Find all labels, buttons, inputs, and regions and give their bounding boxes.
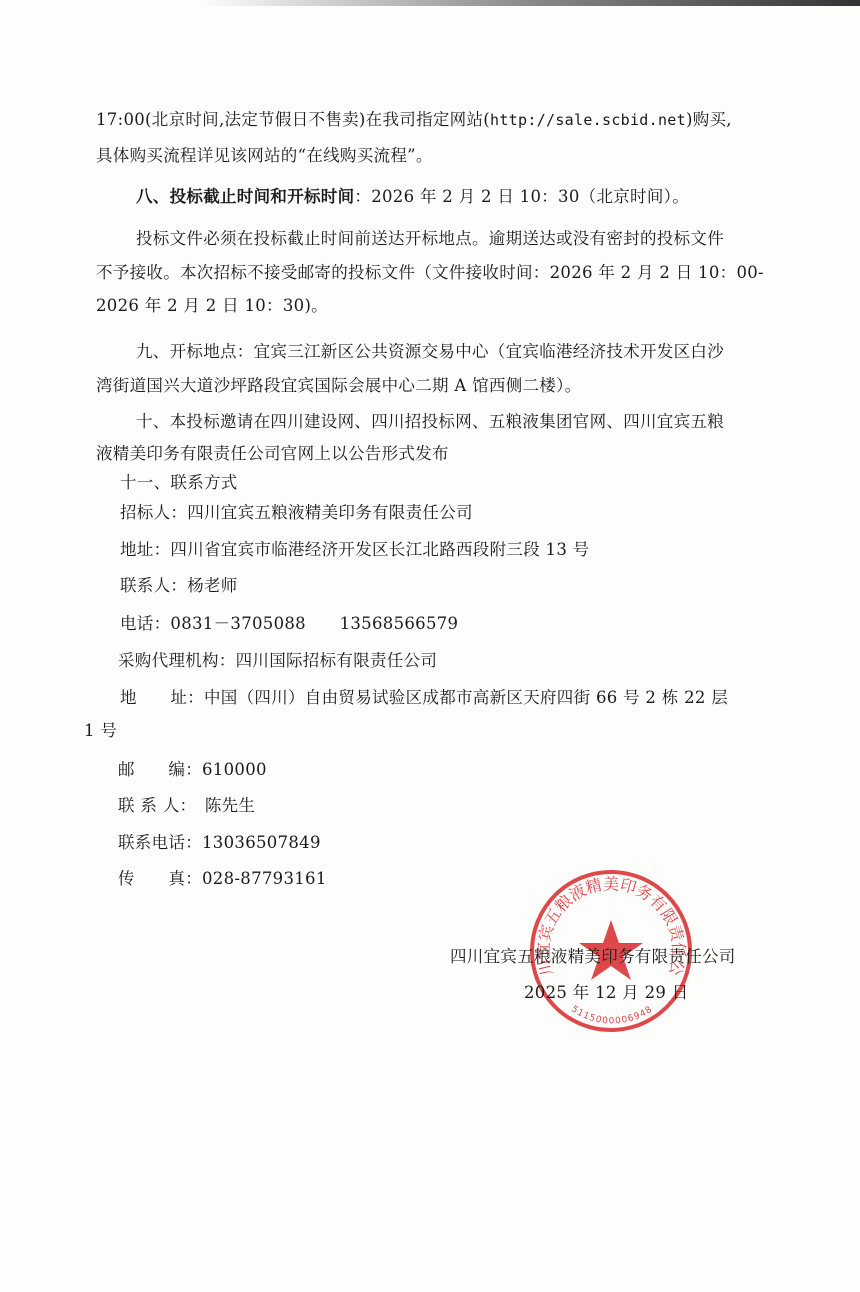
scan-edge-shadow <box>200 0 860 6</box>
purchase-line-2: 具体购买流程详见该网站的“在线购买流程”。 <box>96 142 433 166</box>
section-8: 八、投标截止时间和开标时间：2026 年 2 月 2 日 10：30（北京时间）… <box>136 183 689 207</box>
section-8-heading: 八、投标截止时间和开标时间 <box>136 187 354 206</box>
purchase-line-1: 17:00(北京时间,法定节假日不售卖)在我司指定网站(http://sale.… <box>96 106 732 130</box>
agency-contact: 联 系 人： 陈先生 <box>118 792 255 816</box>
tenderer-name: 招标人：四川宜宾五粮液精美印务有限责任公司 <box>120 499 473 523</box>
tenderer-address: 地址：四川省宜宾市临港经济开发区长江北路西段附三段 13 号 <box>120 536 590 560</box>
agency-fax: 传 真：028-87793161 <box>118 865 327 889</box>
section-9-line-2: 湾街道国兴大道沙坪路段宜宾国际会展中心二期 A 馆西侧二楼）。 <box>96 372 581 396</box>
signature-company: 四川宜宾五粮液精美印务有限责任公司 <box>450 943 736 967</box>
agency-address-line-1: 地 址：中国（四川）自由贸易试验区成都市高新区天府四街 66 号 2 栋 22 … <box>120 684 728 708</box>
section-10-line-1: 十、本投标邀请在四川建设网、四川招投标网、五粮液集团官网、四川宜宾五粮 <box>136 408 724 432</box>
agency-postcode: 邮 编：610000 <box>118 756 267 780</box>
section-9-line-1: 九、开标地点：宜宾三江新区公共资源交易中心（宜宾临港经济技术开发区白沙 <box>136 338 724 362</box>
text: 17:00(北京时间,法定节假日不售卖)在我司指定网站( <box>96 110 490 129</box>
section-10-line-2: 液精美印务有限责任公司官网上以公告形式发布 <box>96 440 449 464</box>
purchase-url-link[interactable]: http://sale.scbid.net <box>490 111 686 129</box>
paragraph-line-1: 投标文件必须在投标截止时间前送达开标地点。逾期送达或没有密封的投标文件 <box>136 225 724 249</box>
agency-phone: 联系电话：13036507849 <box>118 829 321 853</box>
tenderer-phone: 电话：0831－3705088 13568566579 <box>120 610 458 634</box>
signature-date: 2025 年 12 月 29 日 <box>524 979 689 1003</box>
agency-name: 采购代理机构：四川国际招标有限责任公司 <box>118 647 437 671</box>
paragraph-line-3: 2026 年 2 月 2 日 10：30)。 <box>96 292 328 316</box>
section-11-heading: 十一、联系方式 <box>120 469 238 493</box>
agency-address-line-2: 1 号 <box>84 717 117 741</box>
paragraph-line-2: 不予接收。本次招标不接受邮寄的投标文件（文件接收时间：2026 年 2 月 2 … <box>96 259 764 283</box>
tenderer-contact: 联系人：杨老师 <box>120 572 238 596</box>
text: )购买, <box>686 110 732 129</box>
section-8-value: ：2026 年 2 月 2 日 10：30（北京时间）。 <box>354 187 689 206</box>
